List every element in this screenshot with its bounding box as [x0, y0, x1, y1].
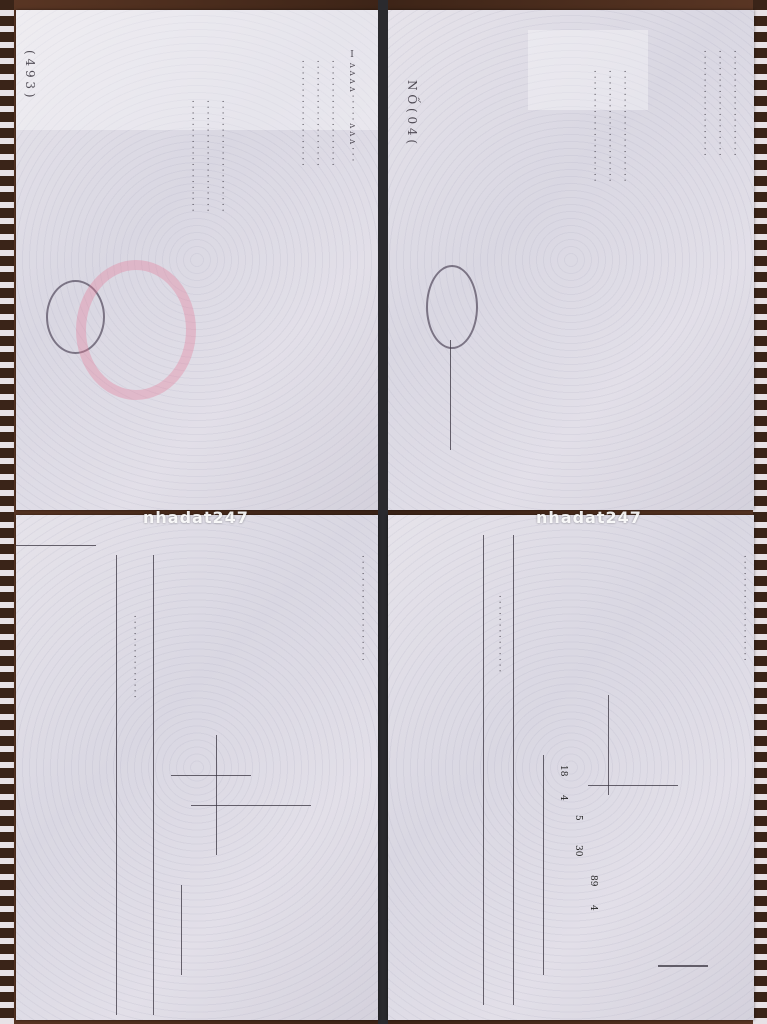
- text-column: · · · · · · · · · · · · · · · · · · ·: [713, 50, 724, 156]
- plot-diagram-line: [171, 775, 251, 776]
- plot-table-border: [543, 755, 544, 975]
- certificate-page-bottom-left: · · · · · · · · · · · · · · · · · · · · …: [16, 515, 378, 1020]
- plot-diagram-line: [608, 695, 609, 795]
- table-border: [513, 535, 514, 1005]
- official-stamp: [426, 265, 478, 349]
- text-column: · · · · · · · · · · · · · · · · · · · ·: [603, 70, 614, 182]
- text-column: · · · · · · · · · · · · · · · · · · ·: [356, 555, 367, 661]
- plot-value: 5: [573, 815, 583, 821]
- text-column: · · · · · · · · · · · · · · · · · · · ·: [186, 100, 197, 212]
- text-column: · · · · · · · · · · · · · · · · · · · ·: [618, 70, 629, 182]
- text-column: · · · · · · · · · · · · · · ·: [128, 615, 139, 698]
- red-seal: [76, 260, 196, 400]
- booklet-spine: [378, 0, 388, 1024]
- signature-line: [450, 340, 451, 450]
- text-column: · · · · · · · · · · · · · · · · · · ·: [738, 555, 749, 661]
- text-column: · · · · · · · · · · · · · · · · · · ·: [296, 60, 307, 166]
- registration-number: ( 4 9 3 ): [24, 50, 35, 98]
- certificate-page-top-left: Ⅰ ᴧ ᴧ ᴧ ᴧ · · · · · ᴧ ᴧ ᴧ · · · · · · · …: [16, 10, 378, 510]
- binder-edge-right: [753, 0, 767, 1024]
- text-column: · · · · · · · · · · · · · ·: [493, 595, 504, 672]
- glare-area: [16, 10, 378, 130]
- text-column: · · · · · · · · · · · · · · · · · · ·: [728, 50, 739, 156]
- plot-value: 30: [573, 845, 583, 856]
- plot-diagram-line: [216, 735, 217, 855]
- text-column: · · · · · · · · · · · · · · · · · · ·: [326, 60, 337, 166]
- plot-diagram-line: [191, 805, 311, 806]
- plot-value: 4: [588, 905, 598, 911]
- certificate-page-bottom-right: · · · · · · · · · · · · · · 18 4 5 30 89…: [388, 515, 754, 1020]
- plot-diagram-line: [588, 785, 678, 786]
- north-arrow: [658, 965, 708, 967]
- table-border: [153, 555, 154, 1015]
- table-border: [483, 535, 484, 1005]
- plot-value: 89: [588, 875, 598, 886]
- text-column: Ⅰ ᴧ ᴧ ᴧ ᴧ · · · · · ᴧ ᴧ ᴧ · · ·: [346, 50, 357, 161]
- table-border: [116, 555, 117, 1015]
- certificate-page-top-right: · · · · · · · · · · · · · · · · · · · · …: [388, 10, 754, 510]
- text-column: · · · · · · · · · · · · · · · · · · ·: [311, 60, 322, 166]
- registration-number: N Ố ( 0 4 (: [406, 80, 417, 144]
- watermark: nhadat247: [536, 508, 642, 527]
- plot-table-border: [181, 885, 182, 975]
- plot-value: 18: [558, 765, 568, 776]
- text-column: · · · · · · · · · · · · · · · · · · · ·: [588, 70, 599, 182]
- binder-edge-left: [0, 0, 14, 1024]
- text-column: · · · · · · · · · · · · · · · · · · · ·: [201, 100, 212, 212]
- text-column: · · · · · · · · · · · · · · · · · · ·: [698, 50, 709, 156]
- text-column: · · · · · · · · · · · · · · · · · · · ·: [216, 100, 227, 212]
- plot-value: 4: [558, 795, 568, 801]
- table-border: [16, 545, 96, 546]
- watermark: nhadat247: [143, 508, 249, 527]
